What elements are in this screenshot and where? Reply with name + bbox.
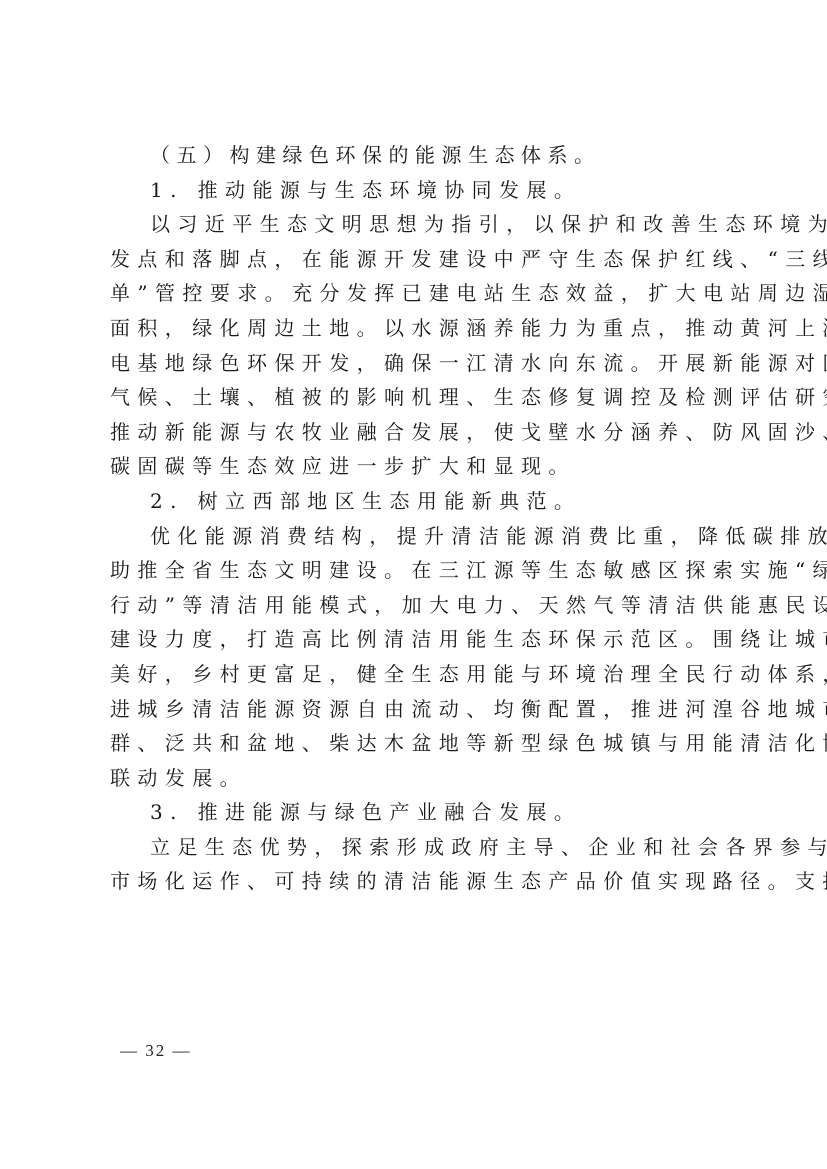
paragraph-line: 联动发展。: [110, 761, 722, 796]
paragraph-line: 行动”等清洁用能模式，加大电力、天然气等清洁供能惠民设施: [110, 588, 722, 623]
paragraph-line: 电基地绿色环保开发，确保一江清水向东流。开展新能源对区域: [110, 346, 722, 381]
paragraph-line: 建设力度，打造高比例清洁用能生态环保示范区。围绕让城市更: [110, 622, 722, 657]
subsection-title-1: 1. 推动能源与生态环境协同发展。: [110, 173, 722, 208]
paragraph-line: 推动新能源与农牧业融合发展，使戈壁水分涵养、防风固沙、降: [110, 415, 722, 450]
paragraph-line: 气候、土壤、植被的影响机理、生态修复调控及检测评估研究，: [110, 380, 722, 415]
paragraph-line: 美好，乡村更富足，健全生态用能与环境治理全民行动体系，促: [110, 657, 722, 692]
paragraph-line: 发点和落脚点，在能源开发建设中严守生态保护红线、“三线一: [110, 242, 722, 277]
paragraph-line: 市场化运作、可持续的清洁能源生态产品价值实现路径。支持符: [110, 864, 722, 899]
section-heading: （五）构建绿色环保的能源生态体系。: [110, 138, 722, 173]
paragraph-line: 立足生态优势，探索形成政府主导、企业和社会各界参与、: [110, 830, 722, 865]
paragraph-line: 单”管控要求。充分发挥已建电站生态效益，扩大电站周边湿地: [110, 276, 722, 311]
page-number: — 32 —: [120, 1041, 192, 1061]
paragraph-line: 以习近平生态文明思想为指引，以保护和改善生态环境为出: [110, 207, 722, 242]
paragraph-line: 群、泛共和盆地、柴达木盆地等新型绿色城镇与用能清洁化协调: [110, 726, 722, 761]
paragraph-line: 碳固碳等生态效应进一步扩大和显现。: [110, 449, 722, 484]
paragraph-line: 助推全省生态文明建设。在三江源等生态敏感区探索实施“绿电: [110, 553, 722, 588]
paragraph-line: 优化能源消费结构，提升清洁能源消费比重，降低碳排放，: [110, 519, 722, 554]
subsection-title-2: 2. 树立西部地区生态用能新典范。: [110, 484, 722, 519]
document-page: （五）构建绿色环保的能源生态体系。 1. 推动能源与生态环境协同发展。 以习近平…: [110, 138, 722, 899]
paragraph-line: 进城乡清洁能源资源自由流动、均衡配置，推进河湟谷地城市: [110, 692, 722, 727]
paragraph-line: 面积，绿化周边土地。以水源涵养能力为重点，推动黄河上游水: [110, 311, 722, 346]
subsection-title-3: 3. 推进能源与绿色产业融合发展。: [110, 795, 722, 830]
